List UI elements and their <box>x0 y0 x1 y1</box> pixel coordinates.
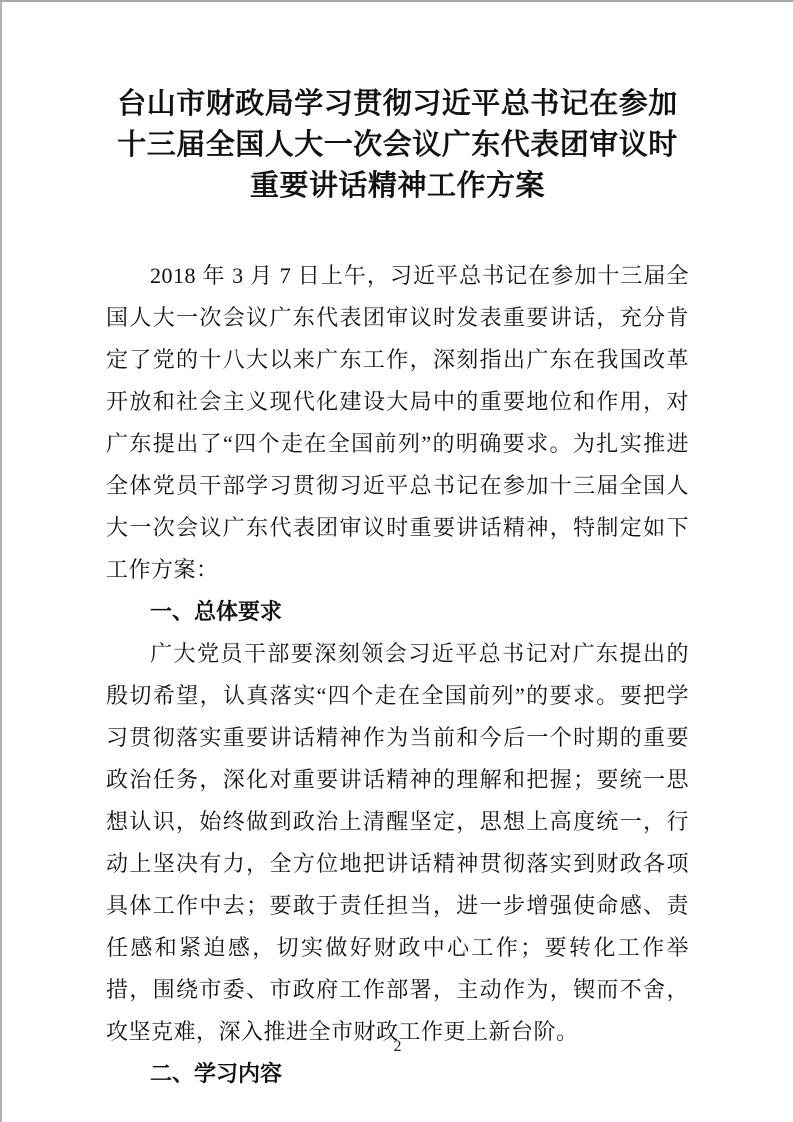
document-title-line-2: 十三届全国人大一次会议广东代表团审议时 <box>106 125 689 166</box>
section-heading-study-content: 二、学习内容 <box>106 1053 689 1095</box>
document-page: 台山市财政局学习贯彻习近平总书记在参加 十三届全国人大一次会议广东代表团审议时 … <box>0 0 793 1122</box>
page-number: 2 <box>2 1038 793 1056</box>
section-1-paragraph: 广大党员干部要深刻领会习近平总书记对广东提出的殷切希望，认真落实“四个走在全国前… <box>106 633 689 1053</box>
section-heading-general-requirements: 一、总体要求 <box>106 591 689 633</box>
document-title-line-3: 重要讲话精神工作方案 <box>106 166 689 207</box>
document-title: 台山市财政局学习贯彻习近平总书记在参加 十三届全国人大一次会议广东代表团审议时 … <box>106 84 689 207</box>
intro-paragraph: 2018 年 3 月 7 日上午，习近平总书记在参加十三届全国人大一次会议广东代… <box>106 255 689 591</box>
document-title-line-1: 台山市财政局学习贯彻习近平总书记在参加 <box>106 84 689 125</box>
